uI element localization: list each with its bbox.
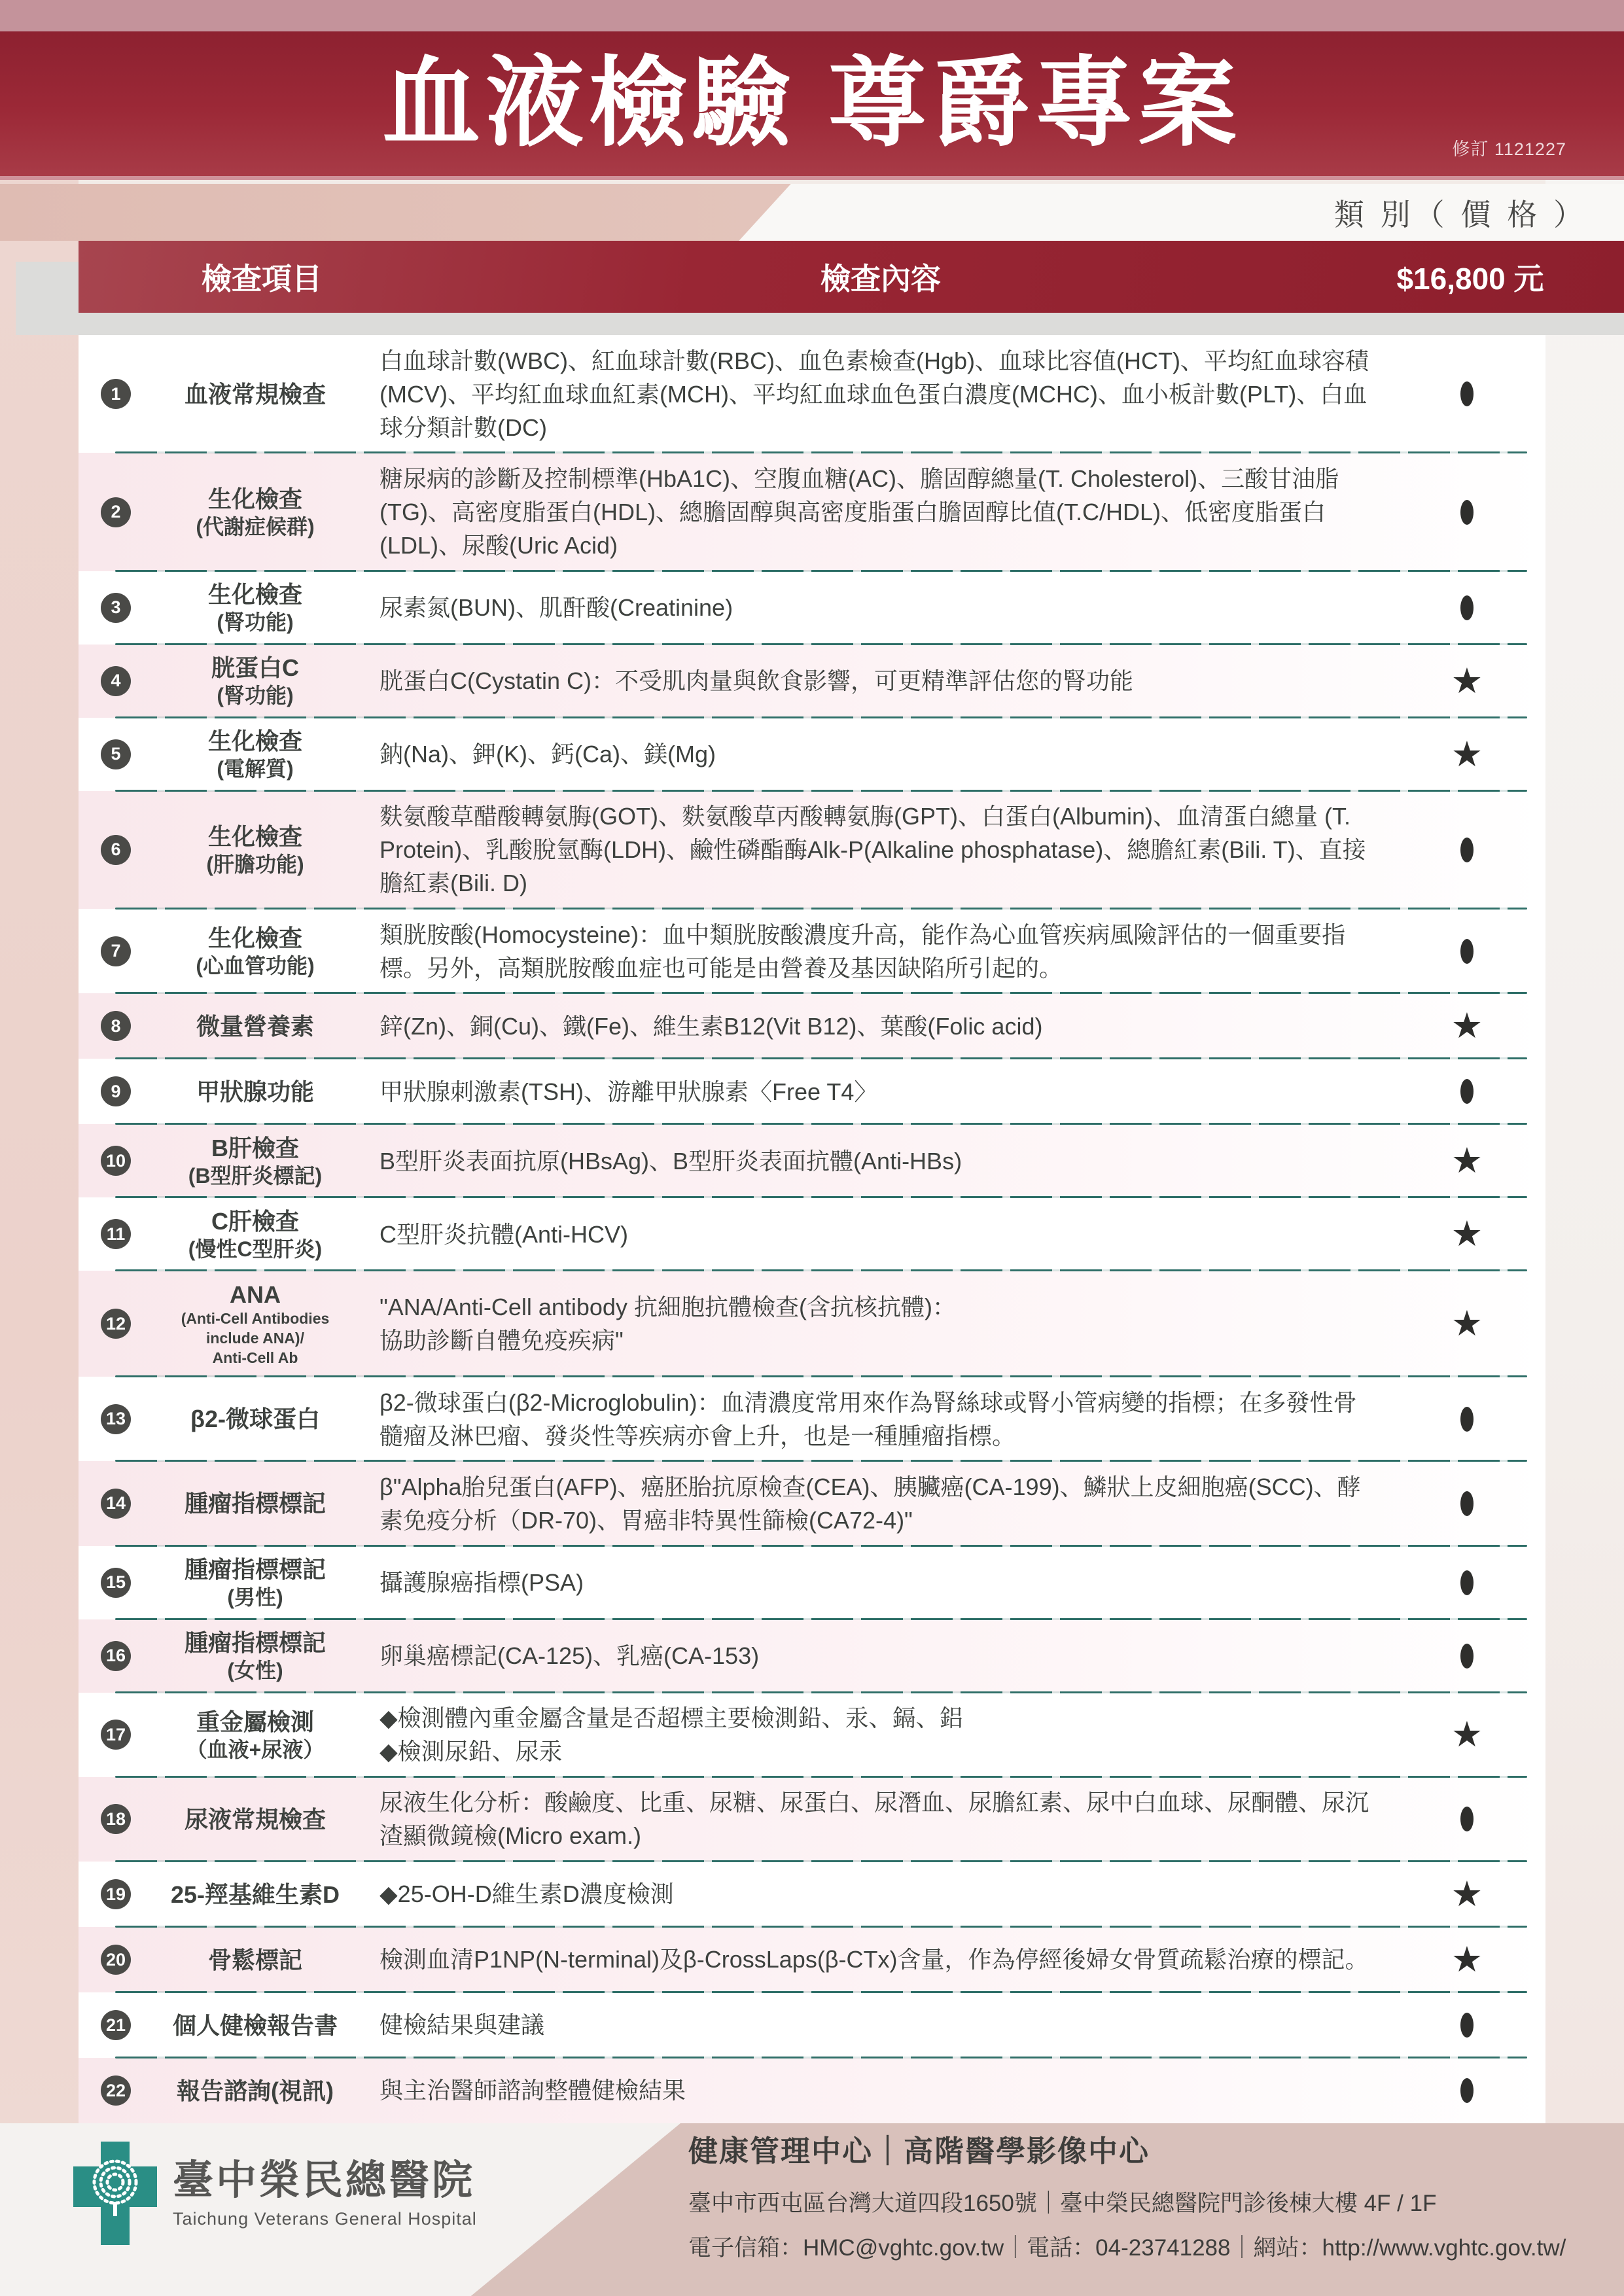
table-row: 10B肝檢查(B型肝炎標記)B型肝炎表面抗原(HBsAg)、B型肝炎表面抗體(A… bbox=[79, 1124, 1545, 1197]
dot-mark-icon bbox=[1460, 2013, 1474, 2038]
table-row: 2生化檢查(代謝症候群)糖尿病的診斷及控制標準(HbA1C)、空腹血糖(AC)、… bbox=[79, 453, 1545, 571]
star-mark-icon: ★ bbox=[1451, 1877, 1483, 1912]
row-label: 生化檢查(肝膽功能) bbox=[131, 822, 380, 877]
row-label: 微量營養素 bbox=[131, 1012, 380, 1041]
column-header-item: 檢查項目 bbox=[79, 255, 445, 298]
row-number-badge: 11 bbox=[101, 1219, 131, 1249]
row-content: B型肝炎表面抗原(HBsAg)、B型肝炎表面抗體(Anti-HBs) bbox=[380, 1144, 1388, 1178]
dot-mark-icon bbox=[1460, 1491, 1474, 1516]
row-content: 卵巢癌標記(CA-125)、乳癌(CA-153) bbox=[380, 1639, 1388, 1672]
right-margin-decor bbox=[1545, 180, 1624, 2123]
table-row: 13β2-微球蛋白β2-微球蛋白(β2-Microglobulin)：血清濃度常… bbox=[79, 1377, 1545, 1461]
row-label: 尿液常規檢查 bbox=[131, 1805, 380, 1834]
row-label: 血液常規檢查 bbox=[131, 380, 380, 409]
row-content: ◆檢測體內重金屬含量是否超標主要檢測鉛、汞、鎘、鋁 ◆檢測尿鉛、尿汞 bbox=[380, 1701, 1388, 1768]
row-label-cell: 5生化檢查(電解質) bbox=[79, 726, 380, 782]
star-mark-icon: ★ bbox=[1451, 737, 1483, 772]
top-accent-band bbox=[0, 0, 1624, 31]
footer-contact: 電子信箱：HMC@vghtc.gov.tw｜電話：04-23741288｜網站：… bbox=[688, 2230, 1566, 2263]
footer-info: 健康管理中心｜高階醫學影像中心 臺中市西屯區台灣大道四段1650號｜臺中榮民總醫… bbox=[688, 2127, 1566, 2263]
row-label: 報告諮詢(視訊) bbox=[131, 2076, 380, 2106]
row-mark-cell bbox=[1388, 1491, 1545, 1516]
row-mark-cell bbox=[1388, 381, 1545, 406]
hospital-name-zh: 臺中榮民總醫院 bbox=[173, 2157, 477, 2204]
row-number-badge: 10 bbox=[101, 1146, 131, 1176]
table-row: 5生化檢查(電解質)鈉(Na)、鉀(K)、鈣(Ca)、鎂(Mg)★ bbox=[79, 718, 1545, 791]
row-mark-cell: ★ bbox=[1388, 1717, 1545, 1752]
row-label: β2-微球蛋白 bbox=[131, 1404, 380, 1434]
row-number-badge: 16 bbox=[101, 1641, 131, 1671]
row-content: 健檢結果與建議 bbox=[380, 2008, 1388, 2041]
row-mark-cell bbox=[1388, 500, 1545, 525]
row-number-badge: 12 bbox=[101, 1309, 131, 1339]
row-content: C型肝炎抗體(Anti-HCV) bbox=[380, 1218, 1388, 1251]
table-row: 7生化檢查(心血管功能)類胱胺酸(Homocysteine)：血中類胱胺酸濃度升… bbox=[79, 909, 1545, 993]
row-content: 白血球計數(WBC)、紅血球計數(RBC)、血色素檢查(Hgb)、血球比容值(H… bbox=[380, 344, 1388, 444]
row-label: 腫瘤指標標記(女性) bbox=[131, 1628, 380, 1684]
row-label-cell: 8微量營養素 bbox=[79, 1011, 380, 1041]
dot-mark-icon bbox=[1460, 1407, 1474, 1432]
row-label-cell: 6生化檢查(肝膽功能) bbox=[79, 822, 380, 877]
table-row: 15腫瘤指標標記(男性)攝護腺癌指標(PSA) bbox=[79, 1546, 1545, 1619]
row-label-cell: 11C肝檢查(慢性C型肝炎) bbox=[79, 1207, 380, 1262]
row-number-badge: 8 bbox=[101, 1011, 131, 1041]
revision-note: 修訂 1121227 bbox=[1452, 135, 1566, 160]
row-label: 腫瘤指標標記 bbox=[131, 1489, 380, 1518]
exam-table: 1血液常規檢查白血球計數(WBC)、紅血球計數(RBC)、血色素檢查(Hgb)、… bbox=[79, 335, 1545, 2123]
dot-mark-icon bbox=[1460, 838, 1474, 862]
table-row: 17重金屬檢測（血液+尿液）◆檢測體內重金屬含量是否超標主要檢測鉛、汞、鎘、鋁 … bbox=[79, 1693, 1545, 1777]
row-content: 麩氨酸草醋酸轉氨脢(GOT)、麩氨酸草丙酸轉氨脢(GPT)、白蛋白(Albumi… bbox=[380, 800, 1388, 900]
row-content: "ANA/Anti-Cell antibody 抗細胞抗體檢查(含抗核抗體)： … bbox=[380, 1290, 1388, 1357]
row-label: 生化檢查(腎功能) bbox=[131, 580, 380, 635]
row-label-cell: 17重金屬檢測（血液+尿液） bbox=[79, 1707, 380, 1763]
row-content: 鈉(Na)、鉀(K)、鈣(Ca)、鎂(Mg) bbox=[380, 737, 1388, 771]
row-mark-cell bbox=[1388, 939, 1545, 964]
row-label: 個人健檢報告書 bbox=[131, 2011, 380, 2040]
star-mark-icon: ★ bbox=[1451, 1942, 1483, 1977]
row-content: 糖尿病的診斷及控制標準(HbA1C)、空腹血糖(AC)、膽固醇總量(T. Cho… bbox=[380, 462, 1388, 562]
row-label-cell: 18尿液常規檢查 bbox=[79, 1804, 380, 1834]
row-label: 骨鬆標記 bbox=[131, 1945, 380, 1975]
page-title: 血液檢驗 尊爵專案 bbox=[0, 54, 1624, 152]
row-content: 尿素氮(BUN)、肌酐酸(Creatinine) bbox=[380, 591, 1388, 624]
row-label-cell: 15腫瘤指標標記(男性) bbox=[79, 1555, 380, 1610]
row-label-cell: 12ANA(Anti-Cell Antibodies include ANA)/… bbox=[79, 1280, 380, 1368]
row-label-cell: 16腫瘤指標標記(女性) bbox=[79, 1628, 380, 1684]
row-mark-cell: ★ bbox=[1388, 663, 1545, 699]
row-mark-cell: ★ bbox=[1388, 737, 1545, 772]
table-row: 14腫瘤指標標記β"Alpha胎兒蛋白(AFP)、癌胚胎抗原檢查(CEA)、胰臟… bbox=[79, 1461, 1545, 1545]
row-label-cell: 7生化檢查(心血管功能) bbox=[79, 923, 380, 979]
table-row: 18尿液常規檢查尿液生化分析：酸鹼度、比重、尿糖、尿蛋白、尿潛血、尿膽紅素、尿中… bbox=[79, 1777, 1545, 1862]
category-label: 類 別（ 價 格 ） bbox=[1334, 184, 1587, 241]
table-row: 3生化檢查(腎功能)尿素氮(BUN)、肌酐酸(Creatinine) bbox=[79, 571, 1545, 645]
row-number-badge: 19 bbox=[101, 1879, 131, 1909]
row-content: 類胱胺酸(Homocysteine)：血中類胱胺酸濃度升高，能作為心血管疾病風險… bbox=[380, 918, 1388, 985]
row-content: 鋅(Zn)、銅(Cu)、鐵(Fe)、維生素B12(Vit B12)、葉酸(Fol… bbox=[380, 1010, 1388, 1043]
row-number-badge: 9 bbox=[101, 1076, 131, 1106]
dot-mark-icon bbox=[1460, 1644, 1474, 1669]
row-mark-cell bbox=[1388, 2078, 1545, 2103]
row-number-badge: 4 bbox=[101, 666, 131, 696]
row-mark-cell: ★ bbox=[1388, 1008, 1545, 1044]
row-mark-cell: ★ bbox=[1388, 1877, 1545, 1912]
row-label: 重金屬檢測（血液+尿液） bbox=[131, 1707, 380, 1763]
footer-dept: 健康管理中心｜高階醫學影像中心 bbox=[688, 2127, 1566, 2170]
row-number-badge: 5 bbox=[101, 739, 131, 769]
table-row: 9甲狀腺功能甲狀腺刺激素(TSH)、游離甲狀腺素〈Free T4〉 bbox=[79, 1059, 1545, 1124]
star-mark-icon: ★ bbox=[1451, 1306, 1483, 1341]
column-header-price: $16,800 元 bbox=[1316, 255, 1624, 298]
dot-mark-icon bbox=[1460, 595, 1474, 620]
row-label: 生化檢查(心血管功能) bbox=[131, 923, 380, 979]
row-mark-cell bbox=[1388, 1407, 1545, 1432]
row-mark-cell bbox=[1388, 1644, 1545, 1669]
row-number-badge: 3 bbox=[101, 593, 131, 623]
row-label: 生化檢查(代謝症候群) bbox=[131, 484, 380, 540]
row-number-badge: 15 bbox=[101, 1568, 131, 1598]
title-band: 血液檢驗 尊爵專案 修訂 1121227 bbox=[0, 31, 1624, 180]
row-label: C肝檢查(慢性C型肝炎) bbox=[131, 1207, 380, 1262]
row-label: 腫瘤指標標記(男性) bbox=[131, 1555, 380, 1610]
row-mark-cell: ★ bbox=[1388, 1942, 1545, 1977]
row-label-cell: 13β2-微球蛋白 bbox=[79, 1404, 380, 1434]
row-label-cell: 10B肝檢查(B型肝炎標記) bbox=[79, 1133, 380, 1189]
row-content: 甲狀腺刺激素(TSH)、游離甲狀腺素〈Free T4〉 bbox=[380, 1075, 1388, 1108]
footer-address: 臺中市西屯區台灣大道四段1650號｜臺中榮民總醫院門診後棟大樓 4F / 1F bbox=[688, 2185, 1566, 2218]
row-number-badge: 18 bbox=[101, 1804, 131, 1834]
footer: 臺中榮民總醫院 Taichung Veterans General Hospit… bbox=[0, 2123, 1624, 2296]
dot-mark-icon bbox=[1460, 1807, 1474, 1831]
row-content: ◆25-OH-D維生素D濃度檢測 bbox=[380, 1877, 1388, 1911]
row-content: 檢測血清P1NP(N-terminal)及β-CrossLaps(β-CTx)含… bbox=[380, 1943, 1388, 1976]
row-number-badge: 21 bbox=[101, 2010, 131, 2040]
row-label-cell: 1925-羥基維生素D bbox=[79, 1879, 380, 1909]
hospital-name: 臺中榮民總醫院 Taichung Veterans General Hospit… bbox=[173, 2157, 477, 2229]
row-label-cell: 20骨鬆標記 bbox=[79, 1945, 380, 1975]
dot-mark-icon bbox=[1460, 2078, 1474, 2103]
table-row: 8微量營養素鋅(Zn)、銅(Cu)、鐵(Fe)、維生素B12(Vit B12)、… bbox=[79, 993, 1545, 1059]
row-label: 胱蛋白C(腎功能) bbox=[131, 653, 380, 709]
row-label-cell: 4胱蛋白C(腎功能) bbox=[79, 653, 380, 709]
row-label-cell: 3生化檢查(腎功能) bbox=[79, 580, 380, 635]
row-mark-cell bbox=[1388, 1807, 1545, 1831]
star-mark-icon: ★ bbox=[1451, 1143, 1483, 1178]
hospital-cross-icon bbox=[73, 2142, 157, 2245]
dot-mark-icon bbox=[1460, 1079, 1474, 1104]
row-content: β"Alpha胎兒蛋白(AFP)、癌胚胎抗原檢查(CEA)、胰臟癌(CA-199… bbox=[380, 1470, 1388, 1537]
table-row: 20骨鬆標記檢測血清P1NP(N-terminal)及β-CrossLaps(β… bbox=[79, 1927, 1545, 1992]
row-label-cell: 22報告諮詢(視訊) bbox=[79, 2075, 380, 2106]
row-label-cell: 2生化檢查(代謝症候群) bbox=[79, 484, 380, 540]
star-mark-icon: ★ bbox=[1451, 1717, 1483, 1752]
table-row: 22報告諮詢(視訊)與主治醫師諮詢整體健檢結果 bbox=[79, 2058, 1545, 2123]
row-label-cell: 14腫瘤指標標記 bbox=[79, 1489, 380, 1519]
dot-mark-icon bbox=[1460, 500, 1474, 525]
table-header: 檢查項目 檢查內容 $16,800 元 bbox=[79, 241, 1624, 313]
row-mark-cell bbox=[1388, 1079, 1545, 1104]
row-label: 生化檢查(電解質) bbox=[131, 726, 380, 782]
table-row: 1血液常規檢查白血球計數(WBC)、紅血球計數(RBC)、血色素檢查(Hgb)、… bbox=[79, 335, 1545, 453]
table-row: 1925-羥基維生素D◆25-OH-D維生素D濃度檢測★ bbox=[79, 1862, 1545, 1927]
row-content: 尿液生化分析：酸鹼度、比重、尿糖、尿蛋白、尿潛血、尿膽紅素、尿中白血球、尿酮體、… bbox=[380, 1786, 1388, 1852]
row-label-cell: 1血液常規檢查 bbox=[79, 379, 380, 409]
row-label-cell: 21個人健檢報告書 bbox=[79, 2010, 380, 2040]
table-row: 6生化檢查(肝膽功能)麩氨酸草醋酸轉氨脢(GOT)、麩氨酸草丙酸轉氨脢(GPT)… bbox=[79, 791, 1545, 909]
star-mark-icon: ★ bbox=[1451, 663, 1483, 699]
row-label: ANA(Anti-Cell Antibodies include ANA)/ A… bbox=[131, 1280, 380, 1368]
row-label: 25-羥基維生素D bbox=[131, 1880, 380, 1909]
hospital-logo: 臺中榮民總醫院 Taichung Veterans General Hospit… bbox=[73, 2142, 477, 2245]
poster-page: 血液檢驗 尊爵專案 修訂 1121227 類 別（ 價 格 ） 檢查項目 檢查內… bbox=[0, 0, 1624, 2296]
row-number-badge: 6 bbox=[101, 835, 131, 865]
row-number-badge: 20 bbox=[101, 1945, 131, 1975]
star-mark-icon: ★ bbox=[1451, 1216, 1483, 1252]
row-label: 甲狀腺功能 bbox=[131, 1077, 380, 1106]
table-row: 16腫瘤指標標記(女性)卵巢癌標記(CA-125)、乳癌(CA-153) bbox=[79, 1619, 1545, 1693]
dot-mark-icon bbox=[1460, 939, 1474, 964]
row-mark-cell: ★ bbox=[1388, 1216, 1545, 1252]
row-content: 胱蛋白C(Cystatin C)：不受肌肉量與飲食影響，可更精準評估您的腎功能 bbox=[380, 664, 1388, 698]
row-mark-cell: ★ bbox=[1388, 1306, 1545, 1341]
row-label-cell: 9甲狀腺功能 bbox=[79, 1076, 380, 1106]
left-margin-decor bbox=[0, 180, 79, 2123]
column-header-content: 檢查內容 bbox=[445, 255, 1316, 298]
row-number-badge: 22 bbox=[101, 2075, 131, 2106]
row-mark-cell bbox=[1388, 2013, 1545, 2038]
row-content: β2-微球蛋白(β2-Microglobulin)：血清濃度常用來作為腎絲球或腎… bbox=[380, 1386, 1388, 1453]
star-mark-icon: ★ bbox=[1451, 1008, 1483, 1044]
table-row: 21個人健檢報告書健檢結果與建議 bbox=[79, 1992, 1545, 2058]
row-label: B肝檢查(B型肝炎標記) bbox=[131, 1133, 380, 1189]
row-number-badge: 7 bbox=[101, 936, 131, 966]
hospital-name-en: Taichung Veterans General Hospital bbox=[173, 2209, 477, 2229]
table-row: 12ANA(Anti-Cell Antibodies include ANA)/… bbox=[79, 1271, 1545, 1377]
dot-mark-icon bbox=[1460, 381, 1474, 406]
row-number-badge: 17 bbox=[101, 1720, 131, 1750]
row-number-badge: 14 bbox=[101, 1489, 131, 1519]
row-number-badge: 2 bbox=[101, 497, 131, 527]
row-mark-cell bbox=[1388, 595, 1545, 620]
row-number-badge: 1 bbox=[101, 379, 131, 409]
row-content: 攝護腺癌指標(PSA) bbox=[380, 1566, 1388, 1599]
row-mark-cell bbox=[1388, 838, 1545, 862]
row-mark-cell: ★ bbox=[1388, 1143, 1545, 1178]
row-number-badge: 13 bbox=[101, 1404, 131, 1434]
table-row: 11C肝檢查(慢性C型肝炎)C型肝炎抗體(Anti-HCV)★ bbox=[79, 1197, 1545, 1271]
row-content: 與主治醫師諮詢整體健檢結果 bbox=[380, 2074, 1388, 2107]
dot-mark-icon bbox=[1460, 1570, 1474, 1595]
row-mark-cell bbox=[1388, 1570, 1545, 1595]
table-row: 4胱蛋白C(腎功能)胱蛋白C(Cystatin C)：不受肌肉量與飲食影響，可更… bbox=[79, 645, 1545, 718]
category-strip: 類 別（ 價 格 ） bbox=[0, 184, 1624, 241]
